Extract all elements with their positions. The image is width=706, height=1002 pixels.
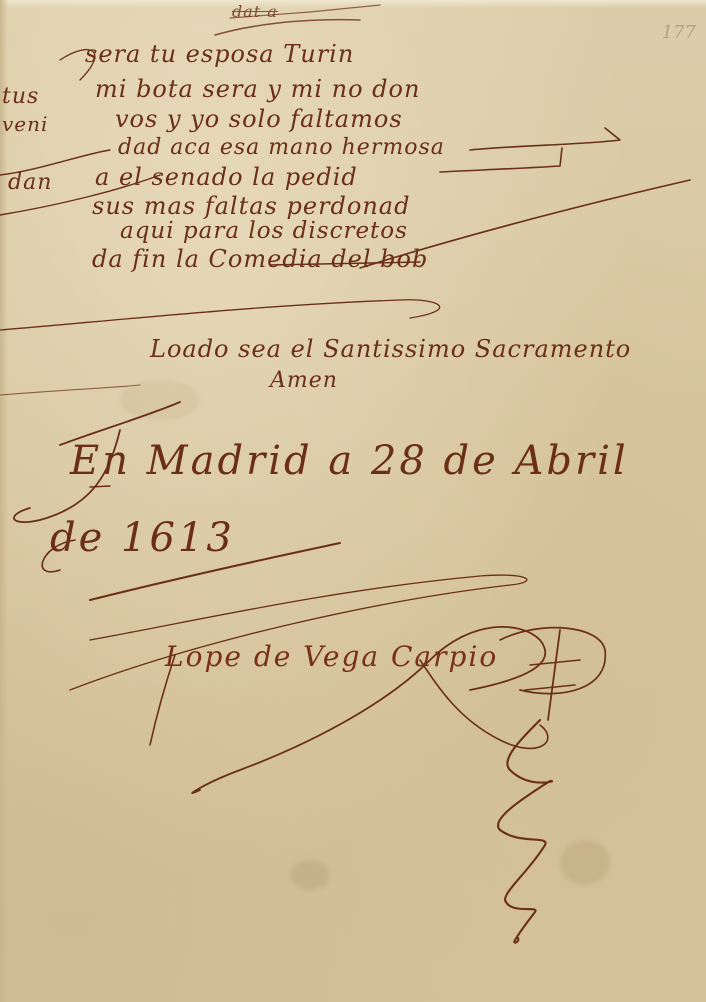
verse-line: sera tu esposa Turin (85, 40, 354, 68)
margin-note: dan (8, 170, 52, 195)
amen-line: Amen (270, 368, 338, 393)
verse-line: mi bota sera y mi no don (95, 75, 420, 103)
verse-line: sus mas faltas perdonad (92, 192, 410, 220)
verse-line: aqui para los discretos (120, 218, 408, 244)
signature: Lope de Vega Carpio (165, 640, 498, 673)
verse-line: a el senado la pedid (95, 163, 358, 191)
closing-line: Loado sea el Santissimo Sacramento (150, 335, 631, 363)
manuscript-page: 177 (0, 0, 706, 1002)
margin-note: tus (2, 84, 39, 109)
margin-note: veni (2, 112, 48, 136)
date-line-year: de 1613 (50, 515, 235, 561)
struck-heading: dat a (232, 2, 278, 21)
verse-line: vos y yo solo faltamos (115, 105, 403, 133)
verse-line: dad aca esa mano hermosa (118, 135, 445, 160)
date-line-place: En Madrid a 28 de Abril (70, 438, 629, 484)
verse-line: da fin la Comedia del bob (92, 245, 428, 273)
